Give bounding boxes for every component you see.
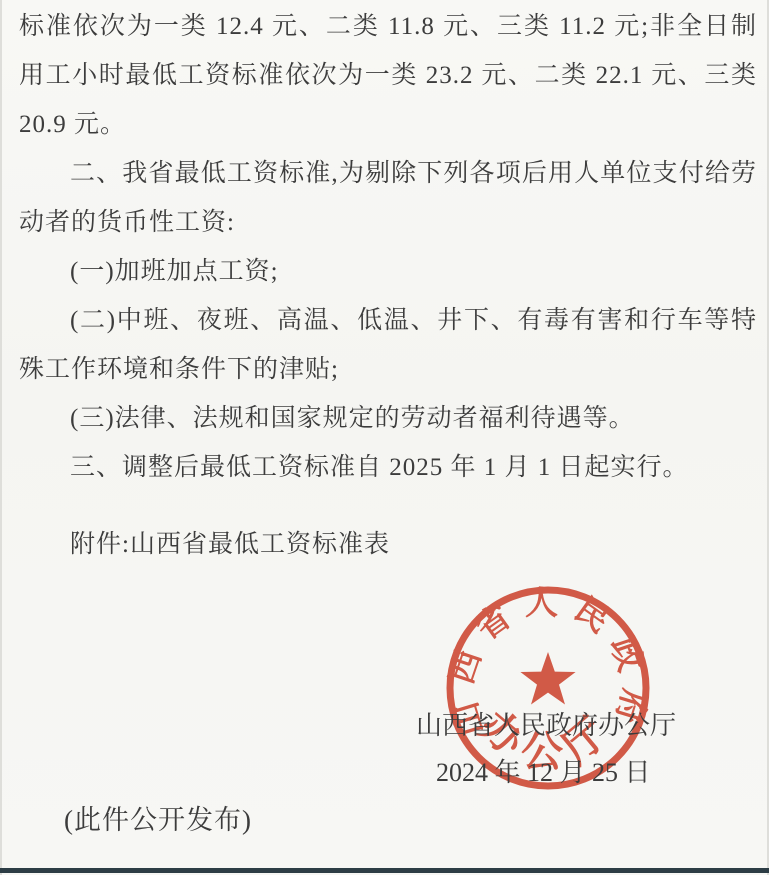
page-left-edge [0, 0, 2, 875]
star-icon [520, 652, 575, 705]
paragraph: (一)加班加点工资; [19, 247, 757, 296]
paragraph: (二)中班、夜班、高温、低温、井下、有毒有害和行车等特殊工作环境和条件下的津贴; [19, 296, 757, 394]
footer-note: (此件公开发布) [64, 798, 252, 837]
paragraph: 二、我省最低工资标准,为剔除下列各项后用人单位支付给劳动者的货币性工资: [19, 149, 757, 247]
paragraph: 三、调整后最低工资标准自 2025 年 1 月 1 日起实行。 [19, 443, 757, 492]
page-bottom-edge [0, 868, 769, 873]
paragraph: 附件:山西省最低工资标准表 [19, 520, 757, 569]
paragraph: 标准依次为一类 12.4 元、二类 11.8 元、三类 11.2 元;非全日制用… [19, 2, 757, 149]
scanned-document-page: 标准依次为一类 12.4 元、二类 11.8 元、三类 11.2 元;非全日制用… [0, 0, 769, 875]
signature-date: 2024 年 12 月 25 日 [436, 752, 651, 789]
document-body: 标准依次为一类 12.4 元、二类 11.8 元、三类 11.2 元;非全日制用… [19, 2, 757, 569]
paragraph: (三)法律、法规和国家规定的劳动者福利待遇等。 [19, 394, 757, 443]
signature-org: 山西省人民政府办公厅 [416, 705, 676, 742]
